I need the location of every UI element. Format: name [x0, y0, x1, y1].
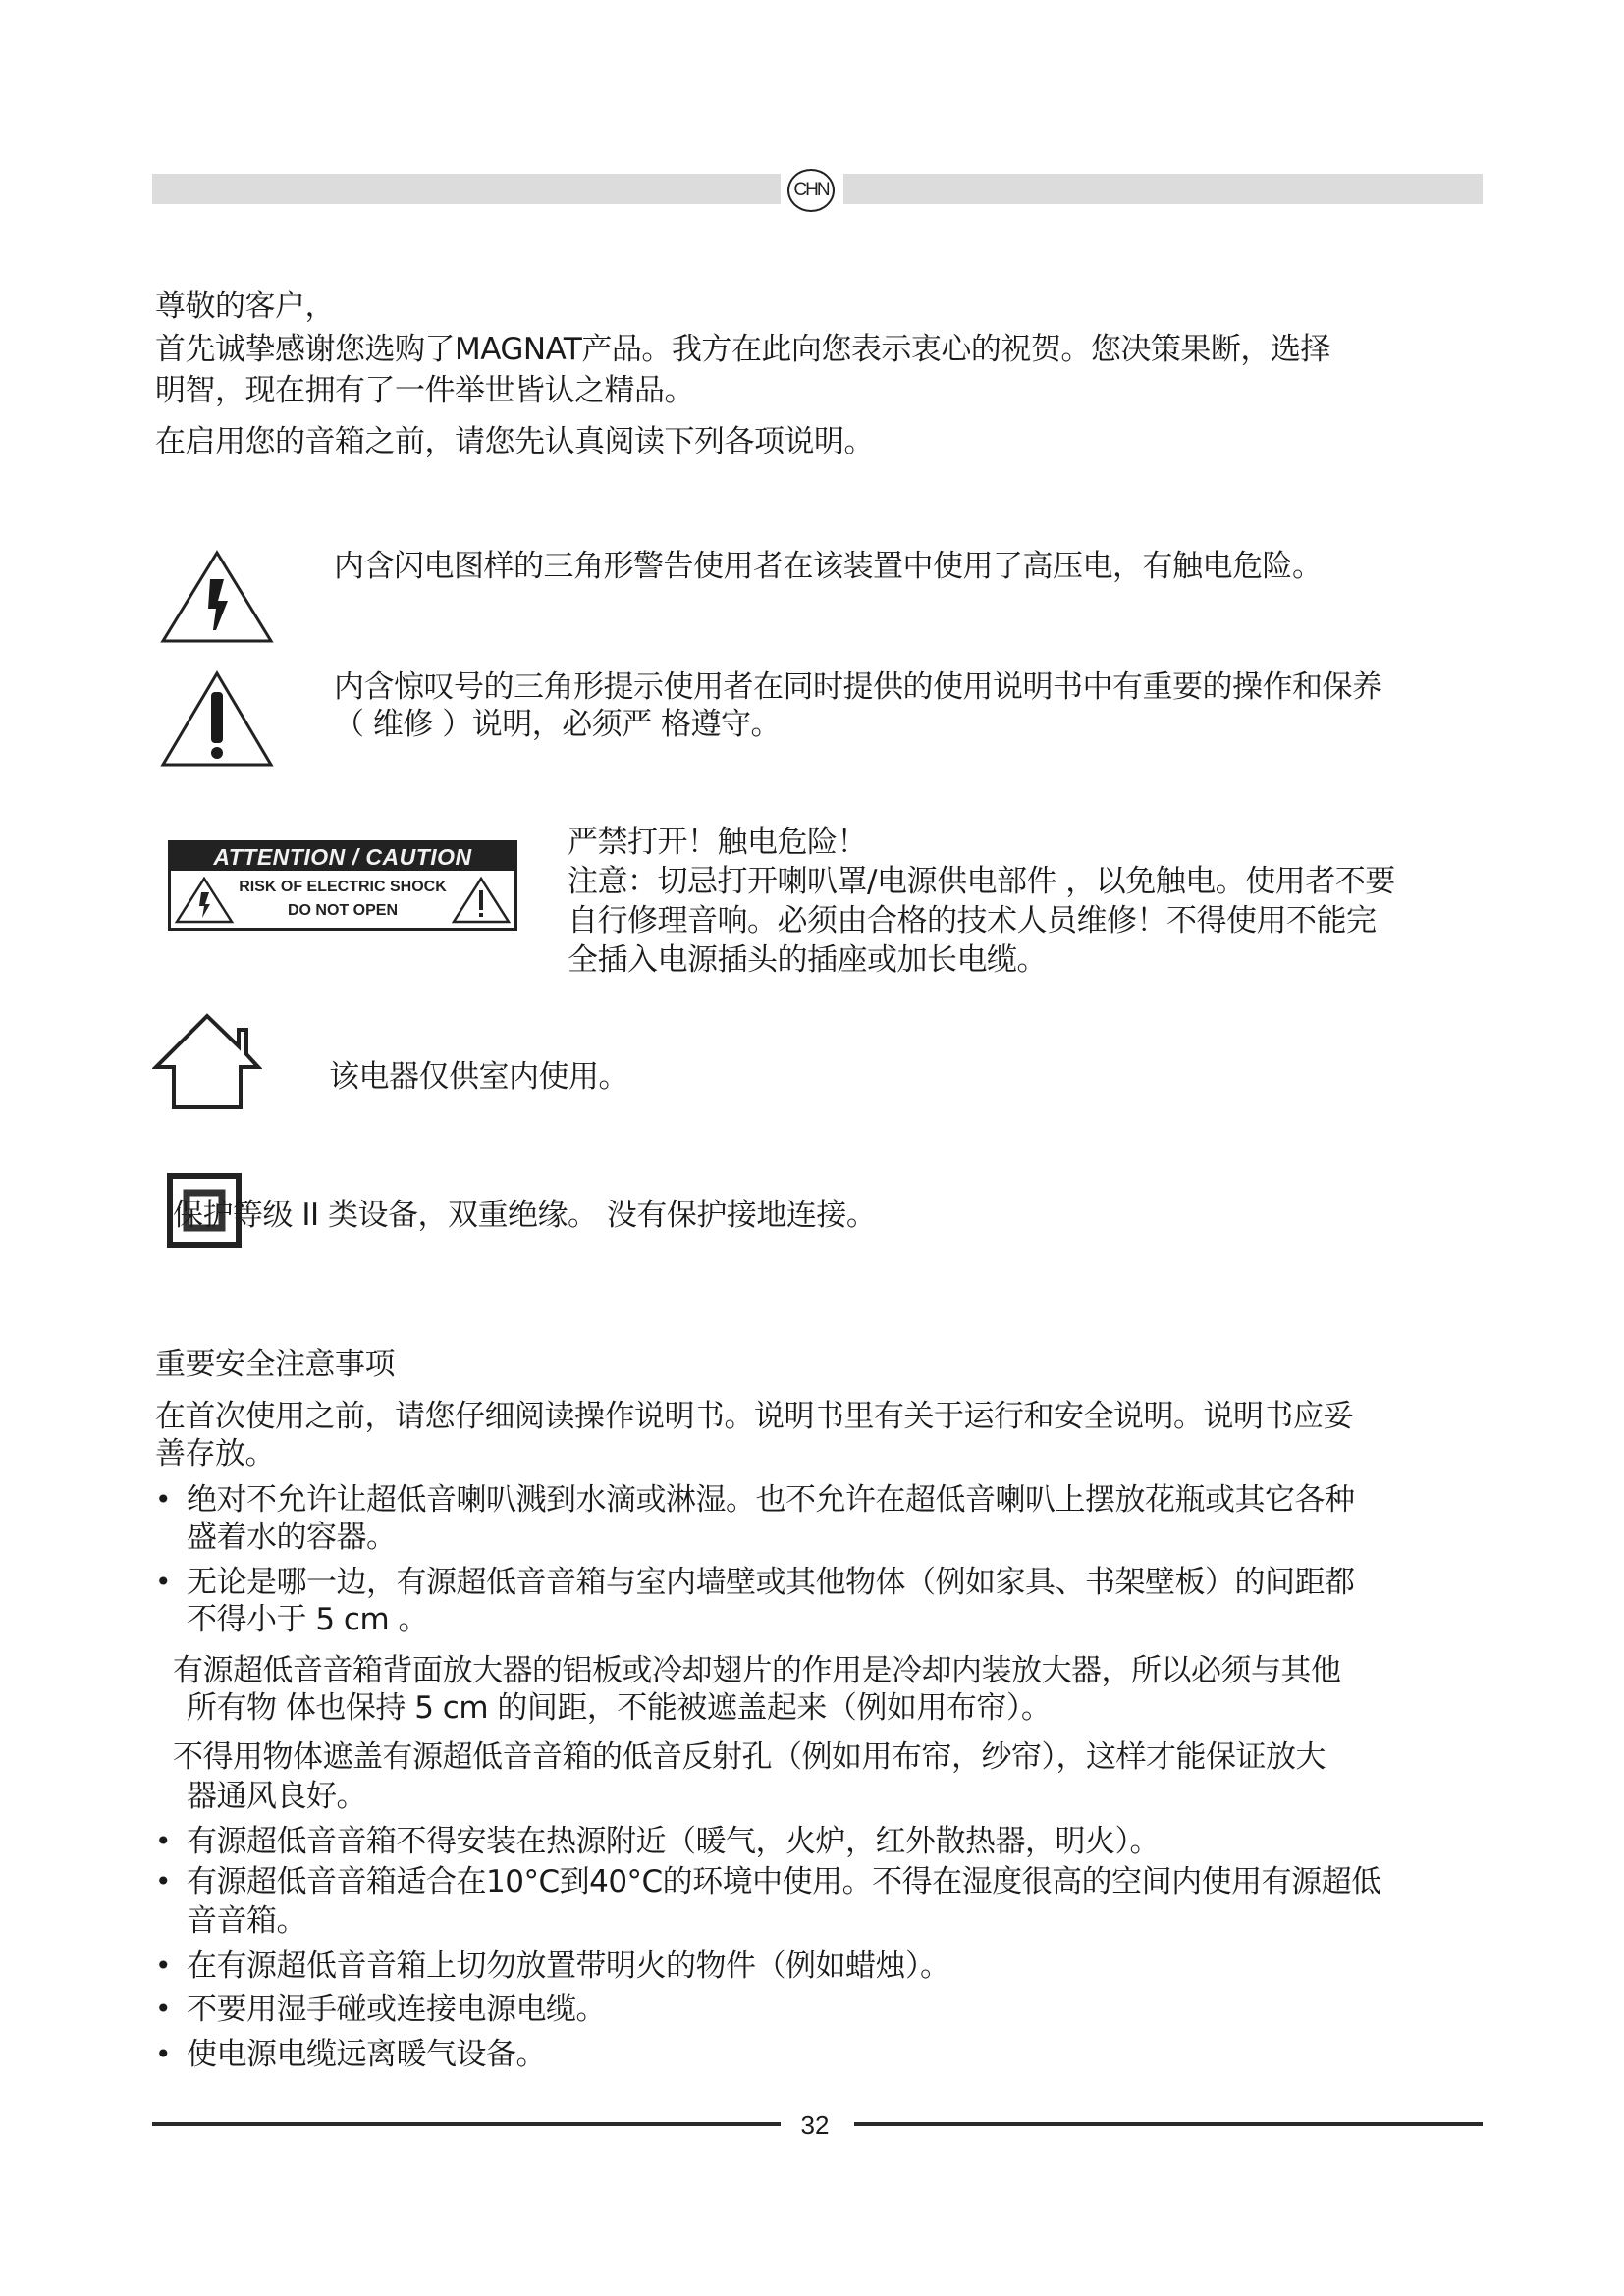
language-badge-label: CHN: [787, 169, 835, 212]
thanks-line-2: 明智，现在拥有了一件举世皆认之精品。: [155, 371, 694, 410]
symbol-4-text: 该电器仅供室内使用。: [329, 1057, 628, 1096]
salutation: 尊敬的客户，: [155, 287, 335, 326]
safety-item-2-line-2: 不得小于 5 cm 。: [187, 1600, 428, 1639]
safety-item-4-line-1: 不得用物体遮盖有源超低音音箱的低音反射孔（例如用布帘，纱帘），这样才能保证放大: [173, 1737, 1326, 1777]
bullet-icon: •: [155, 1563, 172, 1602]
safety-item-3-line-1: 有源超低音音箱背面放大器的铝板或冷却翅片的作用是冷却内装放大器，所以必须与其他: [173, 1651, 1341, 1690]
safety-item-3-line-2: 所有物 体也保持 5 cm 的间距，不能被遮盖起来（例如用布帘）。: [187, 1688, 1051, 1728]
safety-item-4-line-2: 器通风良好。: [187, 1777, 366, 1816]
thanks-line-1: 首先诚挚感谢您选购了MAGNAT产品。我方在此向您表示衷心的祝贺。您决策果断，选…: [155, 330, 1330, 369]
safety-heading: 重要安全注意事项: [155, 1345, 395, 1384]
safety-item-9-line-1: 使电源电缆远离暖气设备。: [187, 2035, 546, 2074]
language-badge: CHN: [781, 167, 843, 212]
safety-item-6-line-1: 有源超低音音箱适合在10°C到40°C的环境中使用。不得在湿度很高的空间内使用有…: [187, 1862, 1381, 1901]
safety-item-1-line-1: 绝对不允许让超低音喇叭溅到水滴或淋湿。也不允许在超低音喇叭上摆放花瓶或其它各种: [187, 1480, 1355, 1520]
symbol-1-text: 内含闪电图样的三角形警告使用者在该装置中使用了高压电，有触电危险。: [334, 547, 1323, 586]
page-number: 32: [790, 2110, 839, 2141]
bullet-icon: •: [155, 1822, 172, 1861]
bullet-icon: •: [155, 1990, 172, 2029]
header-bar-left: [152, 174, 781, 204]
read-first-note: 在启用您的音箱之前，请您先认真阅读下列各项说明。: [155, 422, 874, 461]
symbol-5-text: 保护等级 II 类设备，双重绝缘。 没有保护接地连接。: [173, 1196, 876, 1235]
safety-item-2-line-1: 无论是哪一边，有源超低音音箱与室内墙壁或其他物体（例如家具、书架壁板）的间距都: [187, 1563, 1355, 1602]
footer-rule-right: [854, 2122, 1483, 2126]
footer-rule-left: [152, 2122, 781, 2126]
safety-item-7-line-1: 在有源超低音音箱上切勿放置带明火的物件（例如蜡烛）。: [187, 1947, 950, 1986]
caution-label-icon: ATTENTION / CAUTION RISK OF ELECTRIC SHO…: [168, 840, 517, 931]
symbol-3-text-line-2: 注意：切忌打开喇叭罩/电源供电部件 ，以免触电。使用者不要: [568, 862, 1395, 901]
symbol-2-text-line-1: 内含惊叹号的三角形提示使用者在同时提供的使用说明书中有重要的操作和保养: [334, 667, 1382, 707]
bullet-icon: •: [155, 1947, 172, 1986]
caution-label-title: ATTENTION / CAUTION: [171, 843, 514, 871]
lightning-triangle-icon: [159, 550, 275, 644]
caution-exclamation-icon: [452, 877, 511, 924]
safety-item-1-line-2: 盛着水的容器。: [187, 1518, 397, 1557]
bullet-icon: •: [155, 1862, 172, 1901]
symbol-3-text-line-4: 全插入电源插头的插座或加长电缆。: [568, 940, 1047, 980]
safety-item-6-line-2: 音音箱。: [187, 1901, 306, 1941]
bullet-icon: •: [155, 1480, 172, 1520]
safety-intro-line-2: 善存放。: [155, 1434, 275, 1473]
symbol-2-text-line-2: （ 维修 ）说明，必须严 格遵守。: [334, 705, 781, 744]
exclamation-triangle-icon: [159, 670, 275, 769]
safety-item-8-line-1: 不要用湿手碰或连接电源电缆。: [187, 1990, 606, 2029]
bullet-icon: •: [155, 2035, 172, 2074]
symbol-3-text-line-3: 自行修理音响。必须由合格的技术人员维修！不得使用不能完: [568, 901, 1377, 940]
house-indoor-icon: [152, 1013, 262, 1111]
symbol-3-text-line-1: 严禁打开！触电危险！: [568, 823, 867, 862]
safety-intro-line-1: 在首次使用之前，请您仔细阅读操作说明书。说明书里有关于运行和安全说明。说明书应妥: [155, 1397, 1353, 1436]
safety-item-5-line-1: 有源超低音音箱不得安装在热源附近（暖气，火炉，红外散热器，明火）。: [187, 1822, 1160, 1861]
header-bar-right: [843, 174, 1483, 204]
